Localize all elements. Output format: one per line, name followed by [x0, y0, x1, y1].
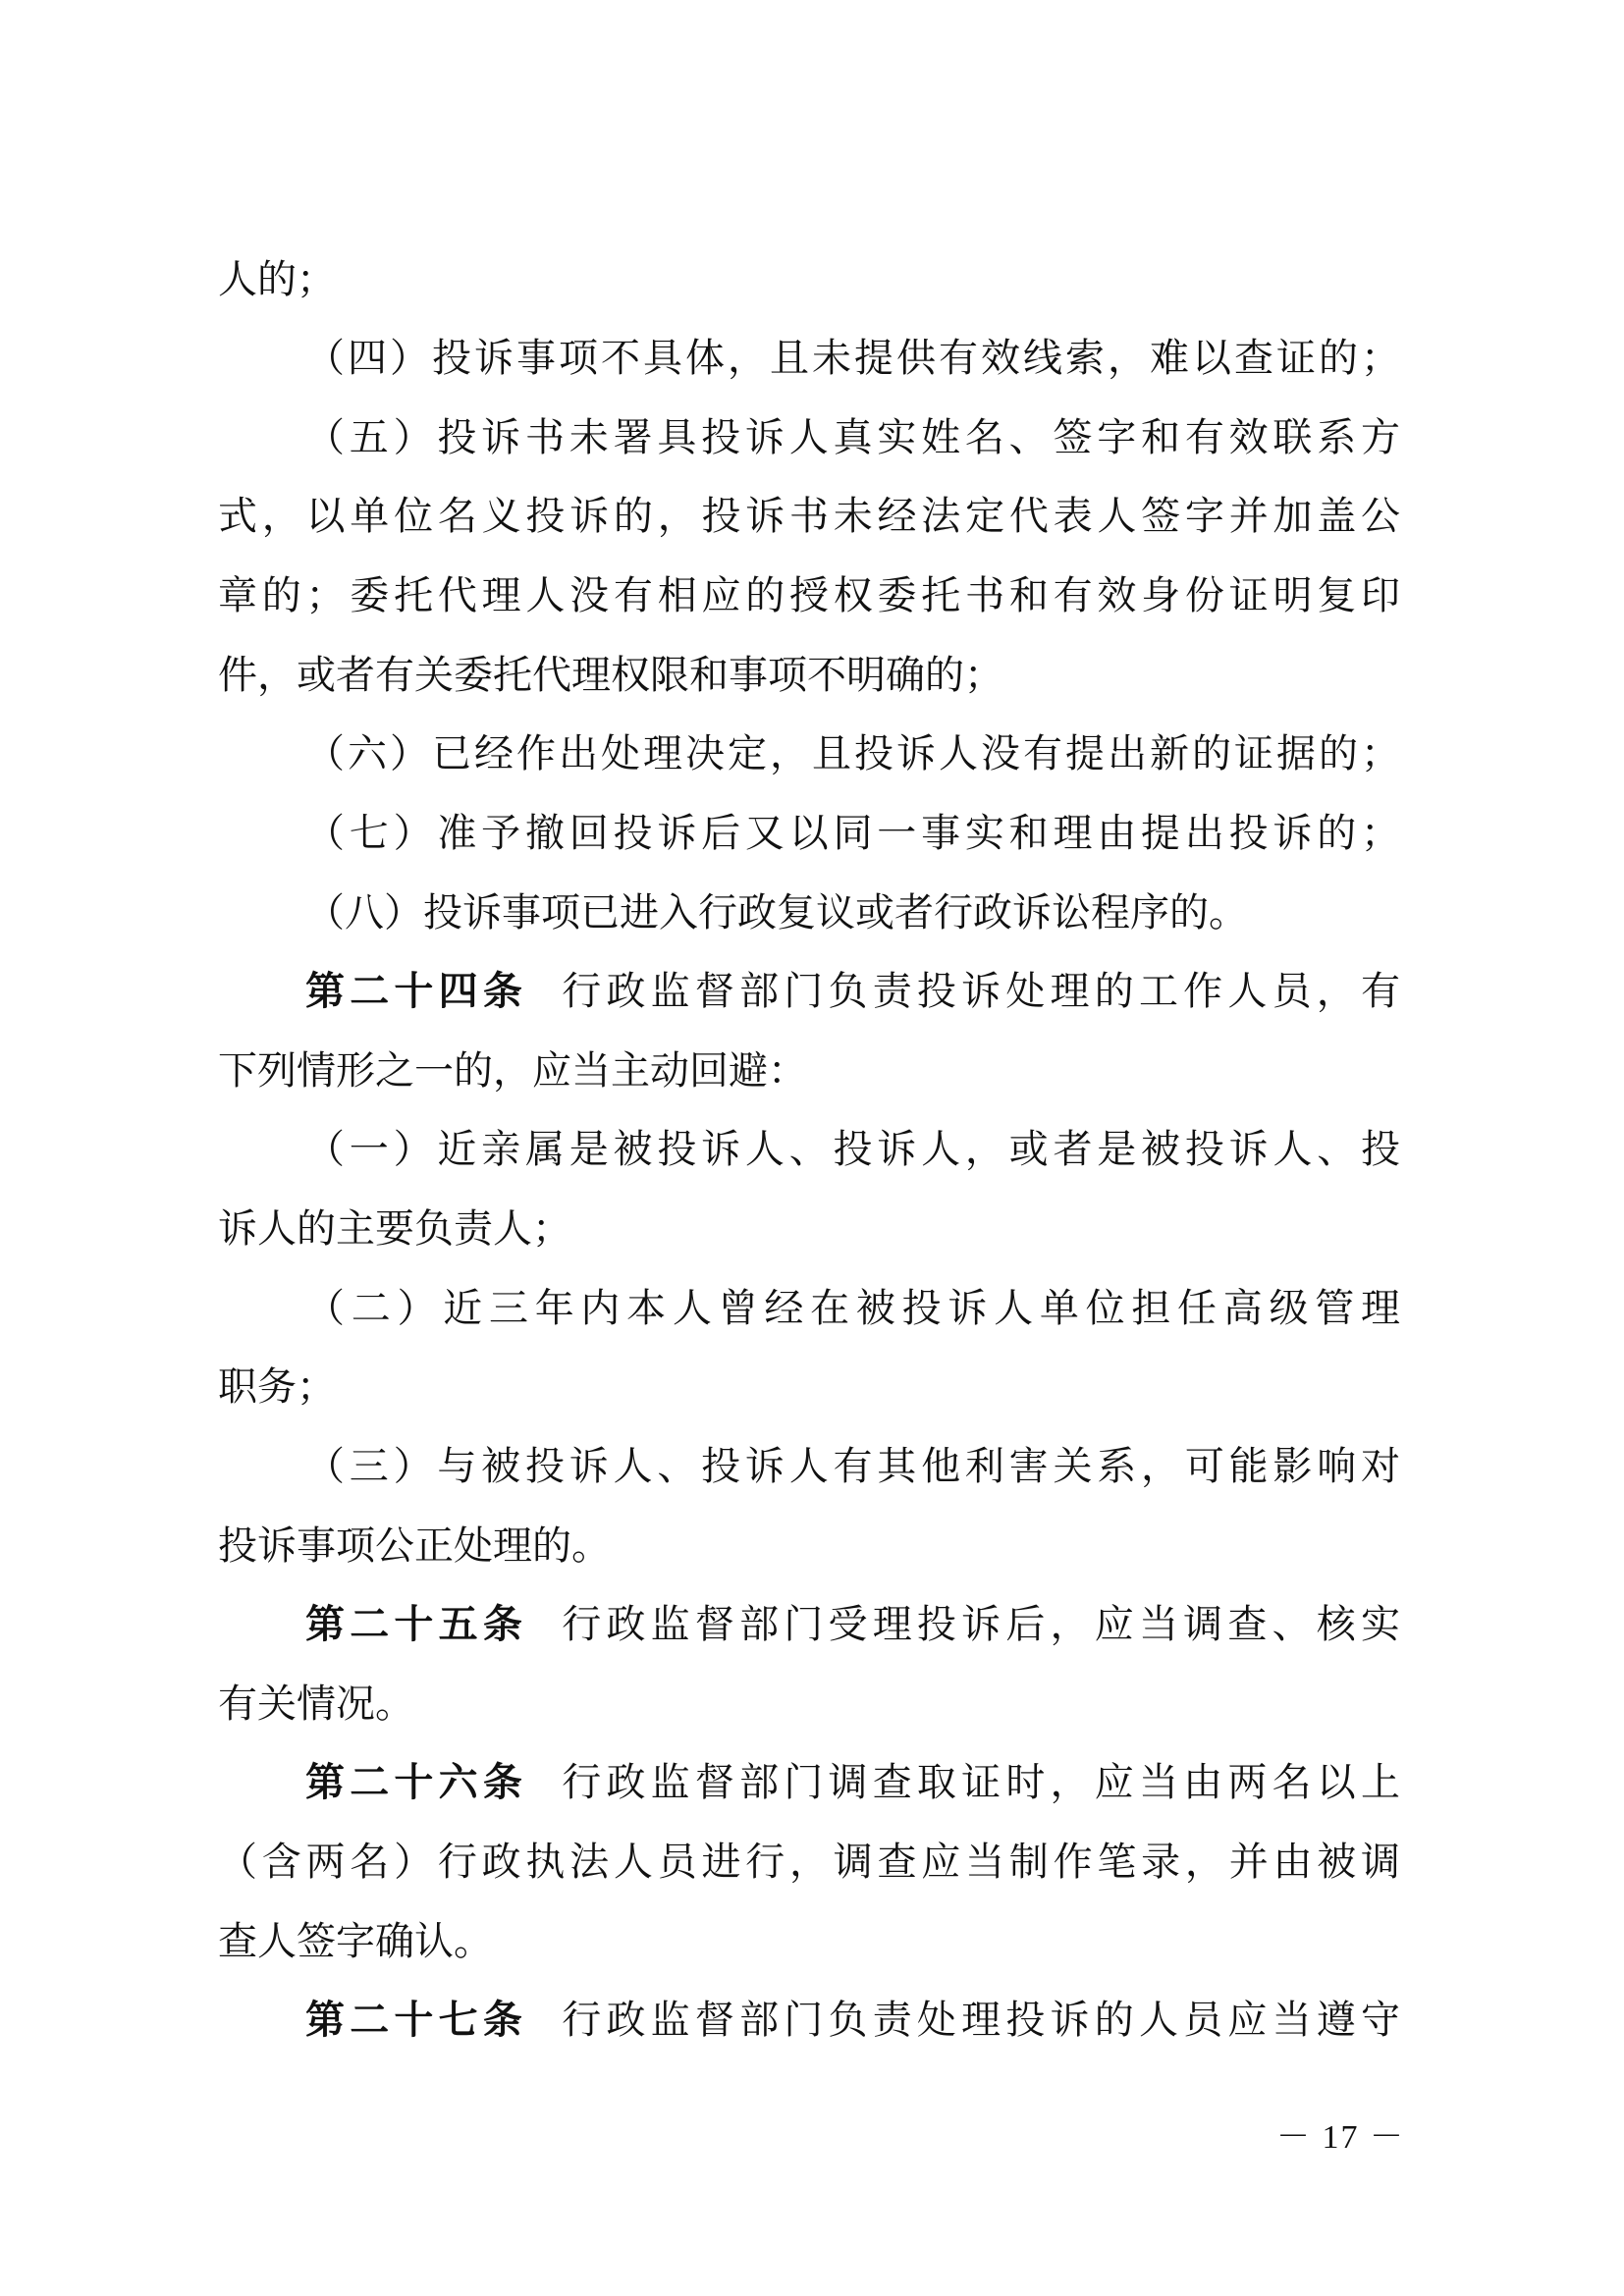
text-line: 诉人的主要负责人； [218, 1201, 1400, 1256]
line-text: （七）准予撤回投诉后又以同一事实和理由提出投诉的； [305, 811, 1400, 856]
text-line: 有关情况。 [218, 1677, 1400, 1732]
line-text: 行政监督部门调查取证时，应当由两名以上 [557, 1760, 1400, 1805]
text-line: 式，以单位名义投诉的，投诉书未经法定代表人签字并加盖公 [218, 489, 1400, 544]
article-heading: 第二十六条 [305, 1760, 527, 1805]
line-text: 行政监督部门负责投诉处理的工作人员，有 [557, 969, 1400, 1014]
line-text: 查人签字确认。 [218, 1919, 493, 1964]
article-heading: 第二十七条 [305, 1998, 527, 2043]
line-text: （六）已经作出处理决定，且投诉人没有提出新的证据的； [305, 731, 1400, 776]
list-item-5: （五）投诉书未署具投诉人真实姓名、签字和有效联系方 [305, 410, 1400, 465]
line-text: 人的； [218, 257, 336, 302]
article-heading: 第二十四条 [305, 969, 527, 1014]
line-text: 行政监督部门负责处理投诉的人员应当遵守 [557, 1998, 1400, 2043]
line-text: （一）近亲属是被投诉人、投诉人，或者是被投诉人、投 [305, 1127, 1400, 1172]
line-text: 件，或者有关委托代理权限和事项不明确的； [218, 653, 1003, 698]
line-text: （四）投诉事项不具体，且未提供有效线索，难以查证的； [305, 336, 1400, 381]
line-text: （五）投诉书未署具投诉人真实姓名、签字和有效联系方 [305, 415, 1400, 460]
line-text: 有关情况。 [218, 1682, 414, 1727]
text-line: 章的；委托代理人没有相应的授权委托书和有效身份证明复印 [218, 568, 1400, 623]
text-line: 查人签字确认。 [218, 1914, 1400, 1969]
line-text: （三）与被投诉人、投诉人有其他利害关系，可能影响对 [305, 1444, 1400, 1489]
line-text: 诉人的主要负责人； [218, 1206, 571, 1252]
article-26: 第二十六条行政监督部门调查取证时，应当由两名以上 [305, 1755, 1400, 1810]
line-text: 章的；委托代理人没有相应的授权委托书和有效身份证明复印 [218, 573, 1400, 618]
text-line: 下列情形之一的，应当主动回避： [218, 1043, 1400, 1098]
list-item-7: （七）准予撤回投诉后又以同一事实和理由提出投诉的； [305, 806, 1400, 861]
list-item-3: （三）与被投诉人、投诉人有其他利害关系，可能影响对 [305, 1439, 1400, 1494]
line-text: 投诉事项公正处理的。 [218, 1523, 611, 1569]
text-line: 投诉事项公正处理的。 [218, 1519, 1400, 1574]
list-item-8: （八）投诉事项已进入行政复议或者行政诉讼程序的。 [305, 885, 1400, 940]
line-text: （二）近三年内本人曾经在被投诉人单位担任高级管理 [305, 1286, 1400, 1331]
text-line: （含两名）行政执法人员进行，调查应当制作笔录，并由被调 [218, 1835, 1400, 1890]
article-24: 第二十四条行政监督部门负责投诉处理的工作人员，有 [305, 964, 1400, 1019]
article-27: 第二十七条行政监督部门负责处理投诉的人员应当遵守 [305, 1993, 1400, 2048]
list-item-1: （一）近亲属是被投诉人、投诉人，或者是被投诉人、投 [305, 1122, 1400, 1177]
line-text: 职务； [218, 1364, 336, 1410]
line-text: 下列情形之一的，应当主动回避： [218, 1048, 807, 1094]
line-text: 式，以单位名义投诉的，投诉书未经法定代表人签字并加盖公 [218, 494, 1400, 539]
text-line: 件，或者有关委托代理权限和事项不明确的； [218, 648, 1400, 703]
list-item-6: （六）已经作出处理决定，且投诉人没有提出新的证据的； [305, 726, 1400, 781]
list-item-4: （四）投诉事项不具体，且未提供有效线索，难以查证的； [305, 331, 1400, 386]
document-page: 人的； （四）投诉事项不具体，且未提供有效线索，难以查证的； （五）投诉书未署具… [0, 0, 1624, 2296]
line-text: （八）投诉事项已进入行政复议或者行政诉讼程序的。 [305, 890, 1248, 935]
page-number: － 17 － [1276, 2118, 1405, 2158]
article-heading: 第二十五条 [305, 1602, 527, 1647]
article-25: 第二十五条行政监督部门受理投诉后，应当调查、核实 [305, 1597, 1400, 1652]
text-line: 人的； [218, 252, 1400, 307]
line-text: （含两名）行政执法人员进行，调查应当制作笔录，并由被调 [218, 1840, 1400, 1885]
line-text: 行政监督部门受理投诉后，应当调查、核实 [557, 1602, 1400, 1647]
list-item-2: （二）近三年内本人曾经在被投诉人单位担任高级管理 [305, 1281, 1400, 1336]
text-line: 职务； [218, 1360, 1400, 1415]
